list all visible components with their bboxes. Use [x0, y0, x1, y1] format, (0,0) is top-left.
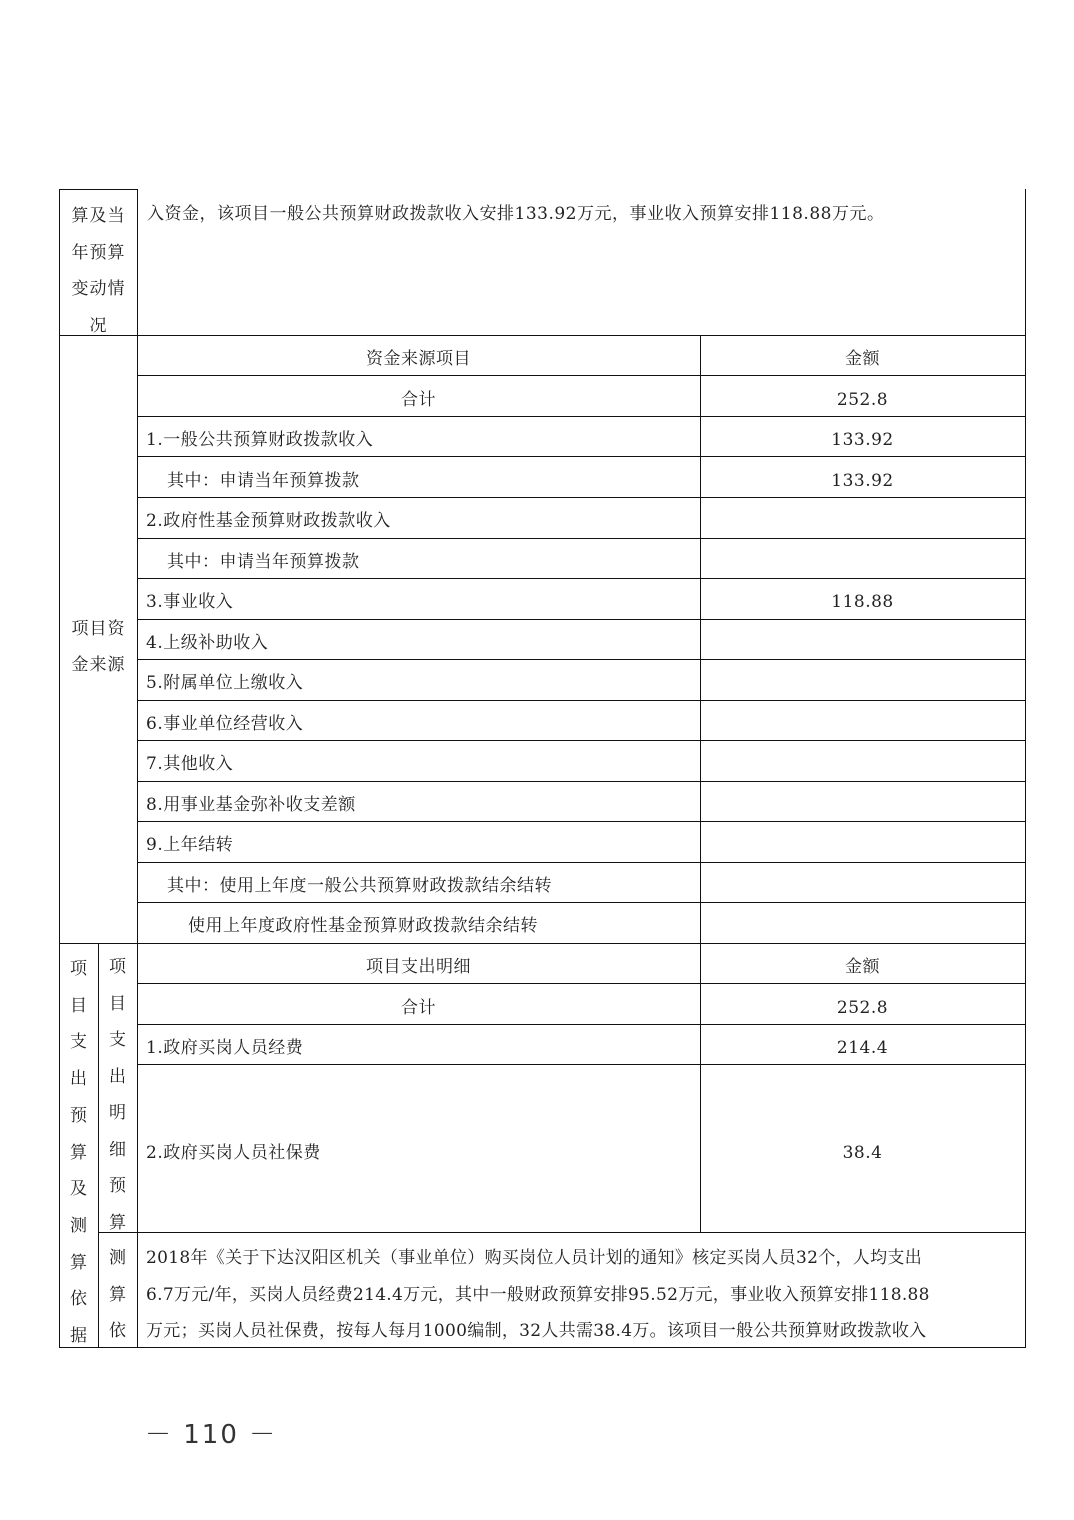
expense-detail-inner-label: 项 目 支 出 明 细 预 算	[99, 949, 137, 1241]
document-page: 算及当 年预算 变动情 况 入资金，该项目一般公共预算财政拨款收入安排133.9…	[0, 0, 1074, 1520]
row-line	[59, 335, 1026, 336]
funding-row-item: 9.上年结转	[146, 835, 233, 855]
funding-row-item: 其中：使用上年度一般公共预算财政拨款结余结转	[167, 876, 552, 896]
funding-header-amount: 金额	[700, 349, 1025, 369]
row-line	[137, 416, 1026, 417]
funding-row-item: 使用上年度政府性基金预算财政拨款结余结转	[188, 916, 538, 936]
row-line	[137, 740, 1026, 741]
expense-header-item: 项目支出明细	[137, 957, 700, 977]
funding-row-item: 5.附属单位上缴收入	[146, 673, 303, 693]
row-line	[137, 538, 1026, 539]
amount-column-divider	[700, 335, 701, 1232]
funding-row-item: 6.事业单位经营收入	[146, 714, 303, 734]
funding-row-item: 7.其他收入	[146, 754, 233, 774]
row-line	[137, 700, 1026, 701]
expense-total-amount: 252.8	[700, 998, 1025, 1018]
row-line	[137, 862, 1026, 863]
expense-row-amount: 38.4	[700, 1143, 1025, 1163]
row-line	[59, 943, 1026, 944]
row-line	[137, 456, 1026, 457]
funding-row-amount: 118.88	[700, 592, 1025, 612]
row-line	[137, 902, 1026, 903]
row-line	[137, 983, 1026, 984]
row-line	[137, 1024, 1026, 1025]
funding-row-item: 其中：申请当年预算拨款	[167, 471, 360, 491]
table-border-right	[1025, 189, 1026, 1348]
row-line	[137, 781, 1026, 782]
funding-row-item: 3.事业收入	[146, 592, 233, 612]
funding-total-label: 合计	[137, 390, 700, 410]
funding-row-amount: 133.92	[700, 471, 1025, 491]
funding-row-item: 8.用事业基金弥补收支差额	[146, 795, 356, 815]
funding-row-item: 1.一般公共预算财政拨款收入	[146, 430, 373, 450]
row-line	[137, 821, 1026, 822]
row-line	[137, 375, 1026, 376]
funding-total-amount: 252.8	[700, 390, 1025, 410]
expense-row-item: 2.政府买岗人员社保费	[146, 1143, 321, 1163]
funding-source-label: 项目资 金来源	[60, 611, 137, 683]
funding-row-item: 2.政府性基金预算财政拨款收入	[146, 511, 391, 531]
calculation-basis-label: 测 算 依	[99, 1240, 137, 1350]
expense-budget-outer-label: 项 目 支 出 预 算 及 测 算 依 据	[60, 951, 98, 1355]
row-line	[137, 578, 1026, 579]
row-line	[137, 659, 1026, 660]
budget-change-label: 算及当 年预算 变动情 况	[60, 198, 137, 344]
funding-row-amount: 133.92	[700, 430, 1025, 450]
row-line	[137, 497, 1026, 498]
row-line	[137, 1064, 1026, 1065]
funding-row-item: 其中：申请当年预算拨款	[167, 552, 360, 572]
row-line	[137, 619, 1026, 620]
calculation-basis-text: 2018年《关于下达汉阳区机关（事业单位）购买岗位人员计划的通知》核定买岗人员3…	[146, 1240, 930, 1350]
expense-total-label: 合计	[137, 998, 700, 1018]
row-line	[98, 1232, 1026, 1233]
funding-header-item: 资金来源项目	[137, 349, 700, 369]
expense-row-amount: 214.4	[700, 1038, 1025, 1058]
budget-change-text: 入资金，该项目一般公共预算财政拨款收入安排133.92万元，事业收入预算安排11…	[147, 204, 884, 224]
table-border-top	[59, 189, 138, 190]
funding-row-item: 4.上级补助收入	[146, 633, 268, 653]
expense-header-amount: 金额	[700, 957, 1025, 977]
page-number: － 110 －	[145, 1414, 277, 1451]
expense-row-item: 1.政府买岗人员经费	[146, 1038, 303, 1058]
